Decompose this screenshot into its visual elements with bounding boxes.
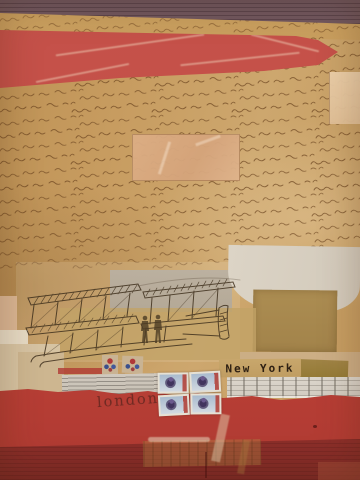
pilot-figures [141, 315, 162, 343]
aviator-stamp-icon [190, 393, 221, 414]
dark-scratch [205, 452, 207, 478]
paint-speck [313, 425, 317, 428]
stamp-portrait [160, 374, 187, 391]
new-york-text: New York [225, 361, 294, 375]
scratch-mark [56, 34, 205, 57]
corner-red-patch [318, 462, 360, 480]
lower-wing-far [141, 316, 225, 329]
engraved-scrollwork-strip [227, 377, 360, 398]
ghost-pencil-line [138, 278, 240, 286]
patch-highlight [158, 141, 171, 174]
collage-artwork: New York [0, 0, 360, 480]
skid-rails [31, 339, 192, 367]
aviator-stamp-icon [189, 371, 221, 393]
aviator-stamp-icon [158, 393, 190, 415]
light-paper-patch [329, 72, 360, 124]
london-text: london [97, 391, 160, 411]
biplane-sketch [18, 276, 244, 372]
patch-highlight [195, 135, 220, 147]
upper-wing-far [143, 282, 235, 298]
upper-wing-near [28, 284, 141, 305]
white-scribble-mark [148, 437, 210, 442]
new-york-label: New York [219, 359, 301, 378]
kraft-paper-rectangle [253, 290, 338, 353]
stamp-portrait [192, 395, 219, 412]
lower-wing-near-ribs [32, 314, 133, 333]
aviator-stamp-icon [158, 372, 189, 393]
upper-wing-near-ribs [34, 285, 137, 304]
rudder-frame [218, 305, 229, 339]
pink-paper-patch [132, 134, 240, 181]
aviator-stamp-block [157, 371, 220, 415]
stamp-portrait [191, 373, 218, 391]
rudder-ribs [220, 312, 227, 332]
stamp-portrait [160, 395, 187, 413]
scratch-mark [180, 52, 300, 67]
